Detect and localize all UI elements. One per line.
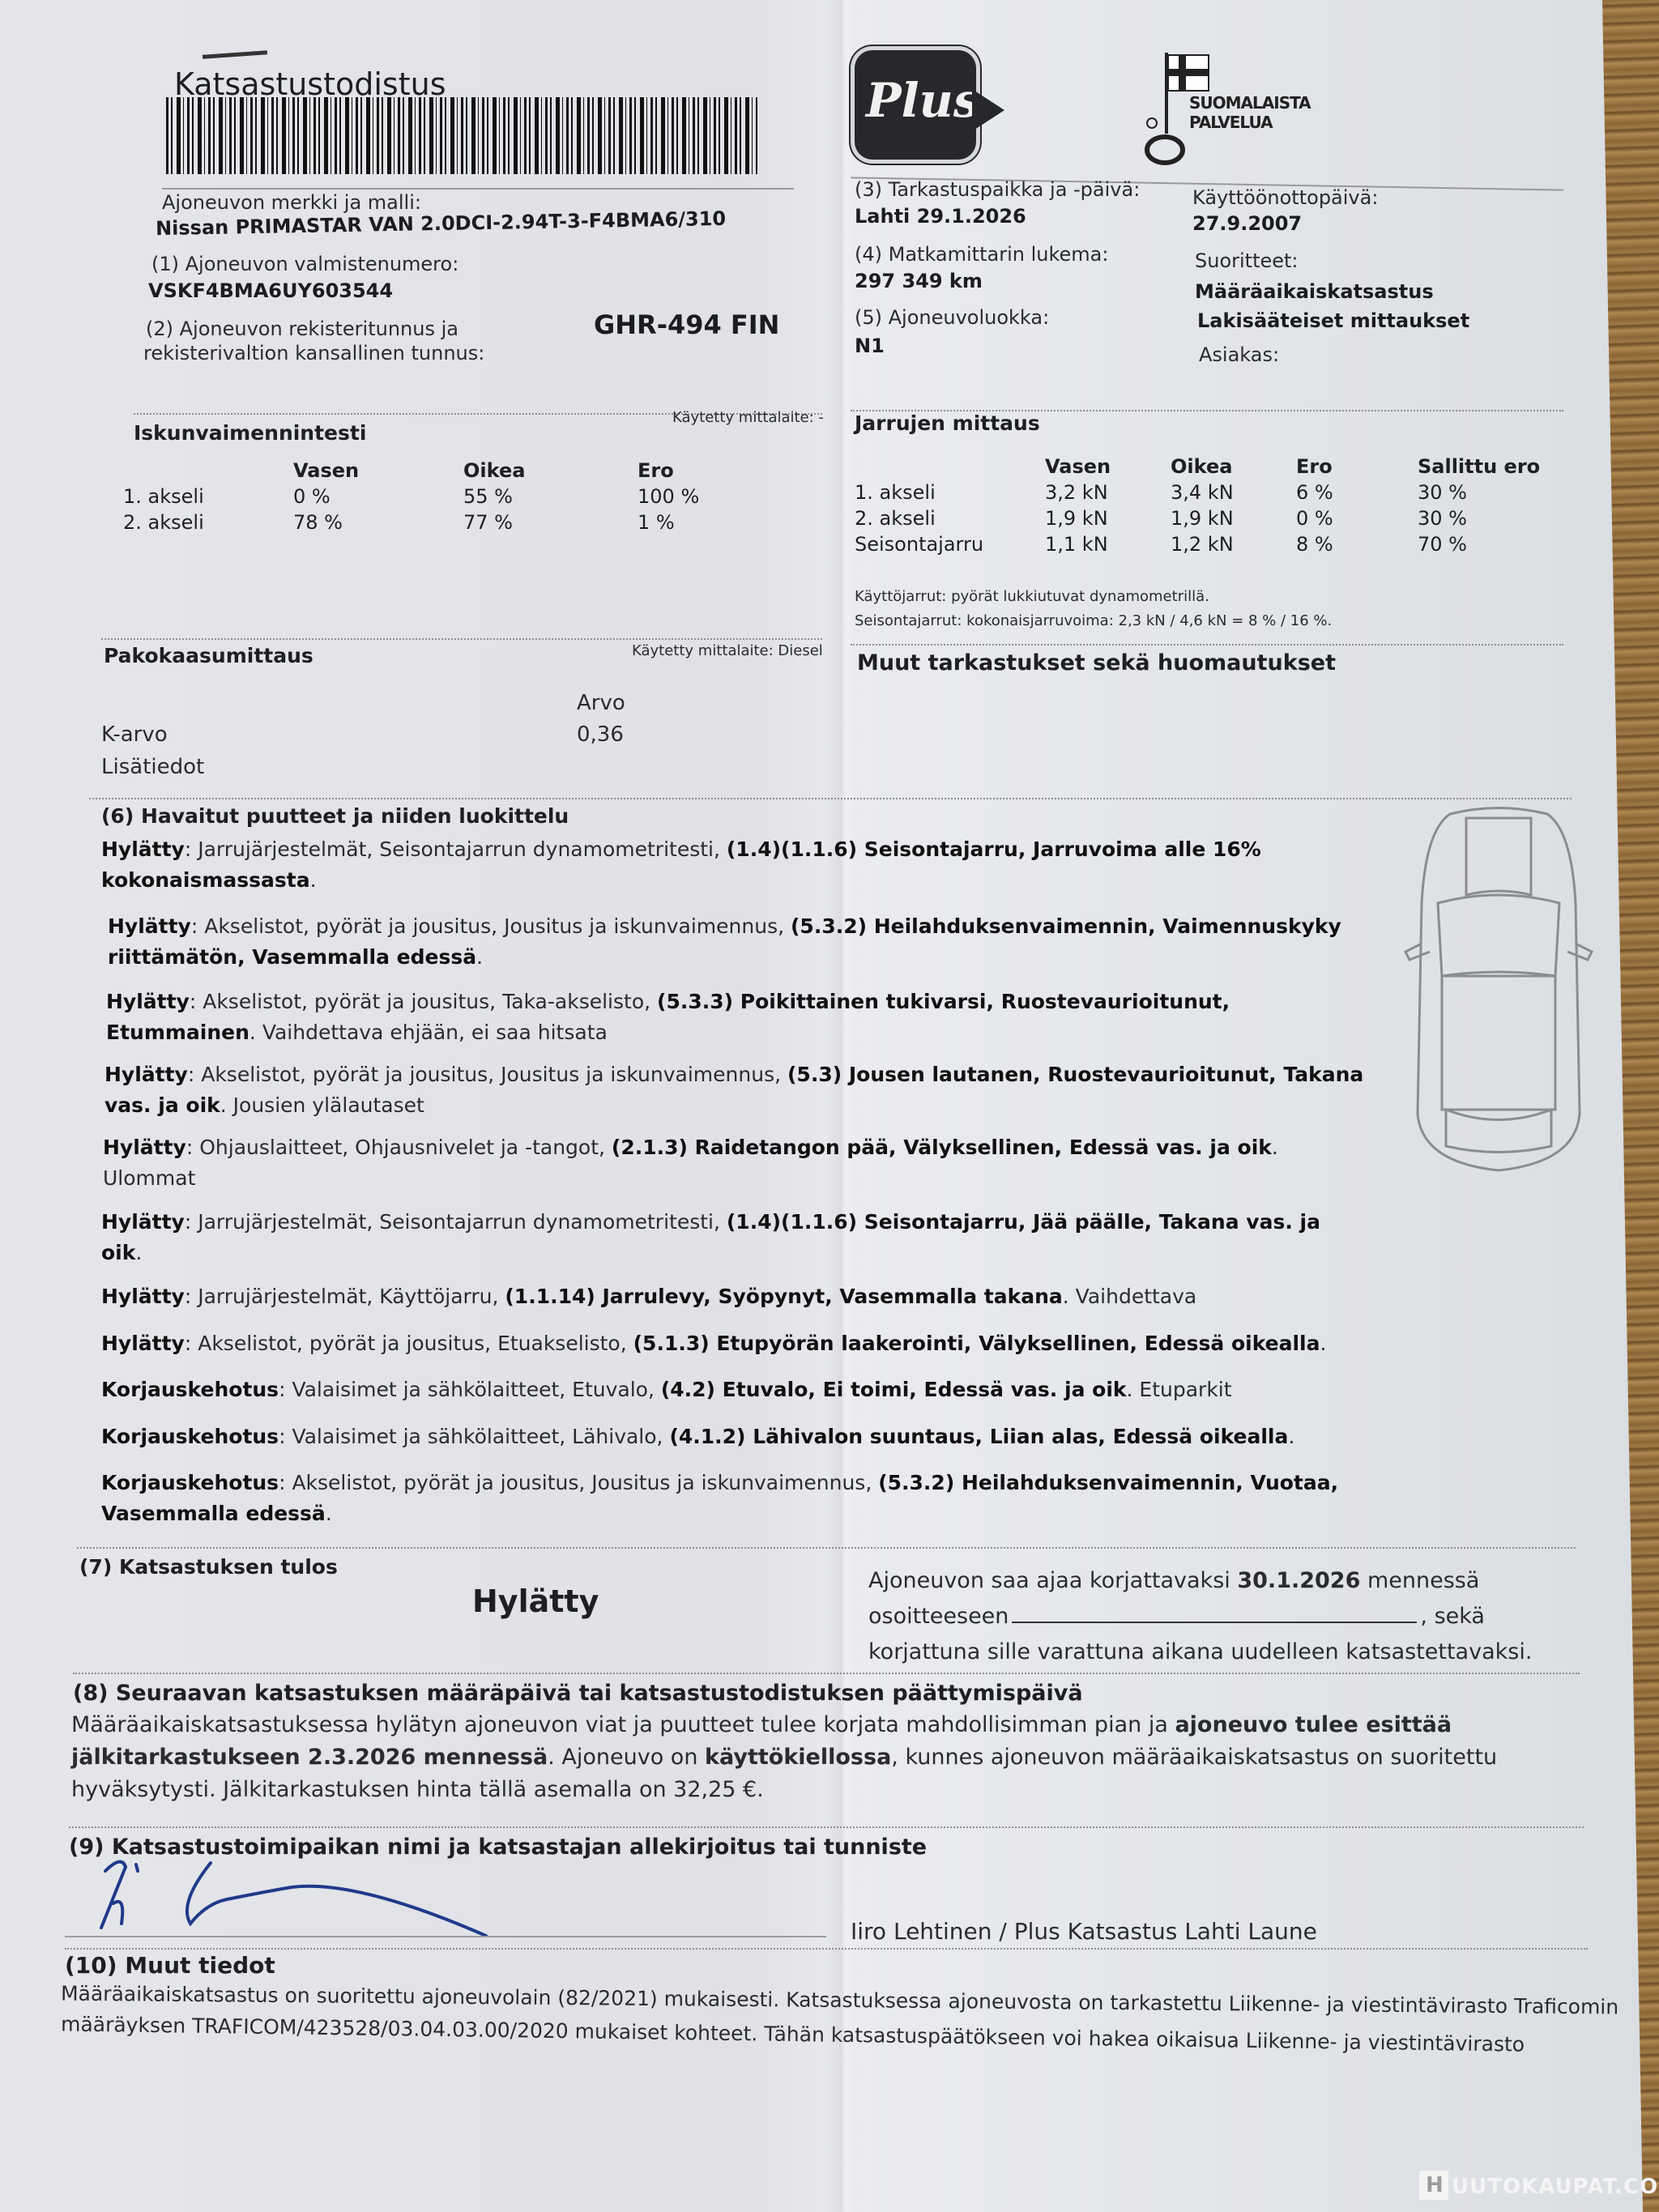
table-row: 2. akseli78 %77 %1 % [123, 509, 800, 535]
pen-mark [203, 50, 267, 59]
column-header: Oikea [1171, 454, 1296, 479]
table-cell: 78 % [293, 509, 463, 535]
exhaust-title: Pakokaasumittaus [104, 644, 313, 667]
table-cell: 1,1 kN [1045, 531, 1171, 557]
defect-grade: Hylätty [104, 1063, 188, 1086]
defect-item: Hylätty: Akselistot, pyörät ja jousitus,… [101, 1328, 1365, 1359]
suomalaista-palvelua-label: SUOMALAISTA PALVELUA [1189, 93, 1311, 132]
other-info-line2: määräyksen TRAFICOM/423528/03.04.03.00/2… [61, 2012, 1525, 2056]
brakes-note-service: Käyttöjarrut: pyörät lukkiutuvat dynamom… [855, 588, 1209, 605]
huutokaupat-watermark: UUTOKAUPAT.COM [1452, 2175, 1659, 2199]
other-info-title: (10) Muut tiedot [65, 1952, 275, 1979]
inspector-signature [89, 1847, 510, 1936]
defect-item: Hylätty: Akselistot, pyörät ja jousitus,… [108, 911, 1371, 973]
defects-title: (6) Havaitut puutteet ja niiden luokitte… [101, 804, 569, 828]
table-cell: 70 % [1418, 531, 1563, 557]
shock-device-label: Käytetty mittalaite: - [672, 409, 824, 426]
defect-grade: Hylätty [101, 1285, 185, 1308]
shock-test-title: Iskunvaimennintesti [134, 421, 366, 445]
table-cell: 8 % [1296, 531, 1418, 557]
services-label: Suoritteet: [1195, 249, 1299, 272]
defect-item: Hylätty: Jarrujärjestelmät, Seisontajarr… [101, 1207, 1365, 1268]
exhaust-device-label: Käytetty mittalaite: Diesel [632, 642, 823, 659]
first-use-value: 27.9.2007 [1192, 212, 1302, 235]
table-cell: 100 % [638, 484, 800, 509]
registration-label-line1: (2) Ajoneuvon rekisteritunnus ja [146, 318, 458, 340]
result-title: (7) Katsastuksen tulos [79, 1555, 338, 1579]
defect-grade: Hylätty [101, 837, 185, 861]
defect-item: Korjauskehotus: Valaisimet ja sähkölaitt… [101, 1421, 1365, 1452]
table-cell: 30 % [1418, 505, 1563, 531]
brakes-table: VasenOikeaEroSallittu ero1. akseli3,2 kN… [855, 454, 1563, 557]
column-header: Sallittu ero [1418, 454, 1563, 479]
vin-value: VSKF4BMA6UY603544 [148, 279, 393, 302]
column-header: Vasen [1045, 454, 1171, 479]
table-row: 2. akseli1,9 kN1,9 kN0 %30 % [855, 505, 1563, 531]
defect-item: Hylätty: Akselistot, pyörät ja jousitus,… [106, 987, 1370, 1048]
table-row: 1. akseli0 %55 %100 % [123, 484, 800, 509]
defect-item: Hylätty: Jarrujärjestelmät, Seisontajarr… [101, 834, 1365, 896]
place-date-value: Lahti 29.1.2026 [855, 205, 1026, 228]
column-header: Vasen [293, 458, 463, 484]
table-cell: 2. akseli [855, 505, 1045, 531]
shock-test-table: VasenOikeaEro1. akseli0 %55 %100 %2. aks… [123, 458, 800, 535]
table-cell: 1. akseli [123, 484, 293, 509]
defect-item: Korjauskehotus: Valaisimet ja sähkölaitt… [101, 1375, 1365, 1405]
defect-grade: Hylätty [108, 914, 191, 938]
column-header: Ero [638, 458, 800, 484]
exhaust-value-header: Arvo [577, 691, 625, 715]
table-cell: 3,2 kN [1045, 479, 1171, 505]
k-value: 0,36 [577, 722, 624, 747]
inspector-name: Iiro Lehtinen / Plus Katsastus Lahti Lau… [851, 1918, 1317, 1945]
odometer-label: (4) Matkamittarin lukema: [855, 243, 1108, 266]
vin-label: (1) Ajoneuvon valmistenumero: [151, 253, 458, 275]
table-cell: 30 % [1418, 479, 1563, 505]
vehicle-class-value: N1 [855, 335, 885, 357]
first-use-label: Käyttöönottopäivä: [1192, 186, 1378, 209]
extra-info-label: Lisätiedot [101, 755, 204, 779]
result-status: Hylätty [472, 1583, 599, 1619]
table-cell: 6 % [1296, 479, 1418, 505]
table-cell: 1,9 kN [1045, 505, 1171, 531]
table-row: 1. akseli3,2 kN3,4 kN6 %30 % [855, 479, 1563, 505]
defect-item: Hylätty: Jarrujärjestelmät, Käyttöjarru,… [101, 1281, 1365, 1312]
vehicle-class-label: (5) Ajoneuvoluokka: [855, 306, 1049, 329]
column-header: Ero [1296, 454, 1418, 479]
huutokaupat-logo-icon: H [1419, 2171, 1448, 2200]
table-cell: Seisontajarru [855, 531, 1045, 557]
table-cell: 3,4 kN [1171, 479, 1296, 505]
k-value-label: K-arvo [101, 722, 168, 747]
defect-item: Hylätty: Akselistot, pyörät ja jousitus,… [104, 1059, 1368, 1121]
barcode [166, 97, 757, 174]
registration-label-line2: rekisterivaltion kansallinen tunnus: [143, 342, 484, 364]
other-checks-title: Muut tarkastukset sekä huomautukset [857, 650, 1336, 676]
service-item: Määräaikaiskatsastus [1195, 280, 1434, 303]
plus-logo: Plus [855, 50, 976, 160]
plus-logo-tail [972, 89, 1004, 131]
table-cell: 1,9 kN [1171, 505, 1296, 531]
table-cell: 0 % [1296, 505, 1418, 531]
table-cell: 1,2 kN [1171, 531, 1296, 557]
registration-value: GHR-494 FIN [594, 309, 779, 340]
make-model-label: Ajoneuvon merkki ja malli: [162, 191, 421, 214]
customer-label: Asiakas: [1199, 343, 1279, 366]
inspection-certificate: Katsastustodistus Plus SUOMALAISTA PALVE… [0, 0, 1612, 2212]
table-cell: 55 % [463, 484, 638, 509]
defect-grade: Hylätty [101, 1332, 185, 1355]
defect-item: Korjauskehotus: Akselistot, pyörät ja jo… [101, 1468, 1365, 1529]
drive-permission: Ajoneuvon saa ajaa korjattavaksi 30.1.20… [868, 1563, 1581, 1670]
table-cell: 1 % [638, 509, 800, 535]
table-cell: 1. akseli [855, 479, 1045, 505]
brakes-note-parking: Seisontajarrut: kokonaisjarruvoima: 2,3 … [855, 612, 1332, 629]
brakes-title: Jarrujen mittaus [855, 411, 1040, 435]
next-inspection-title: (8) Seuraavan katsastuksen määräpäivä ta… [73, 1681, 1083, 1706]
odometer-value: 297 349 km [855, 270, 983, 292]
defect-grade: Hylätty [103, 1136, 186, 1159]
drive-deadline: 30.1.2026 [1237, 1568, 1360, 1593]
defect-grade: Hylätty [106, 990, 190, 1013]
defect-grade: Korjauskehotus [101, 1378, 279, 1401]
address-blank-line [1012, 1622, 1417, 1623]
table-cell: 0 % [293, 484, 463, 509]
column-header [123, 458, 293, 484]
table-cell: 77 % [463, 509, 638, 535]
defect-item: Hylätty: Ohjauslaitteet, Ohjausnivelet j… [103, 1132, 1367, 1194]
defect-grade: Korjauskehotus [101, 1471, 279, 1494]
place-date-label: (3) Tarkastuspaikka ja -päivä: [855, 178, 1140, 201]
service-item: Lakisääteiset mittaukset [1197, 309, 1469, 332]
table-row: Seisontajarru1,1 kN1,2 kN8 %70 % [855, 531, 1563, 557]
column-header: Oikea [463, 458, 638, 484]
car-top-view-diagram [1401, 806, 1596, 1174]
defect-grade: Korjauskehotus [101, 1425, 279, 1448]
table-cell: 2. akseli [123, 509, 293, 535]
column-header [855, 454, 1045, 479]
next-inspection-text: Määräaikaiskatsastuksessa hylätyn ajoneu… [71, 1709, 1513, 1806]
defect-grade: Hylätty [101, 1210, 185, 1234]
